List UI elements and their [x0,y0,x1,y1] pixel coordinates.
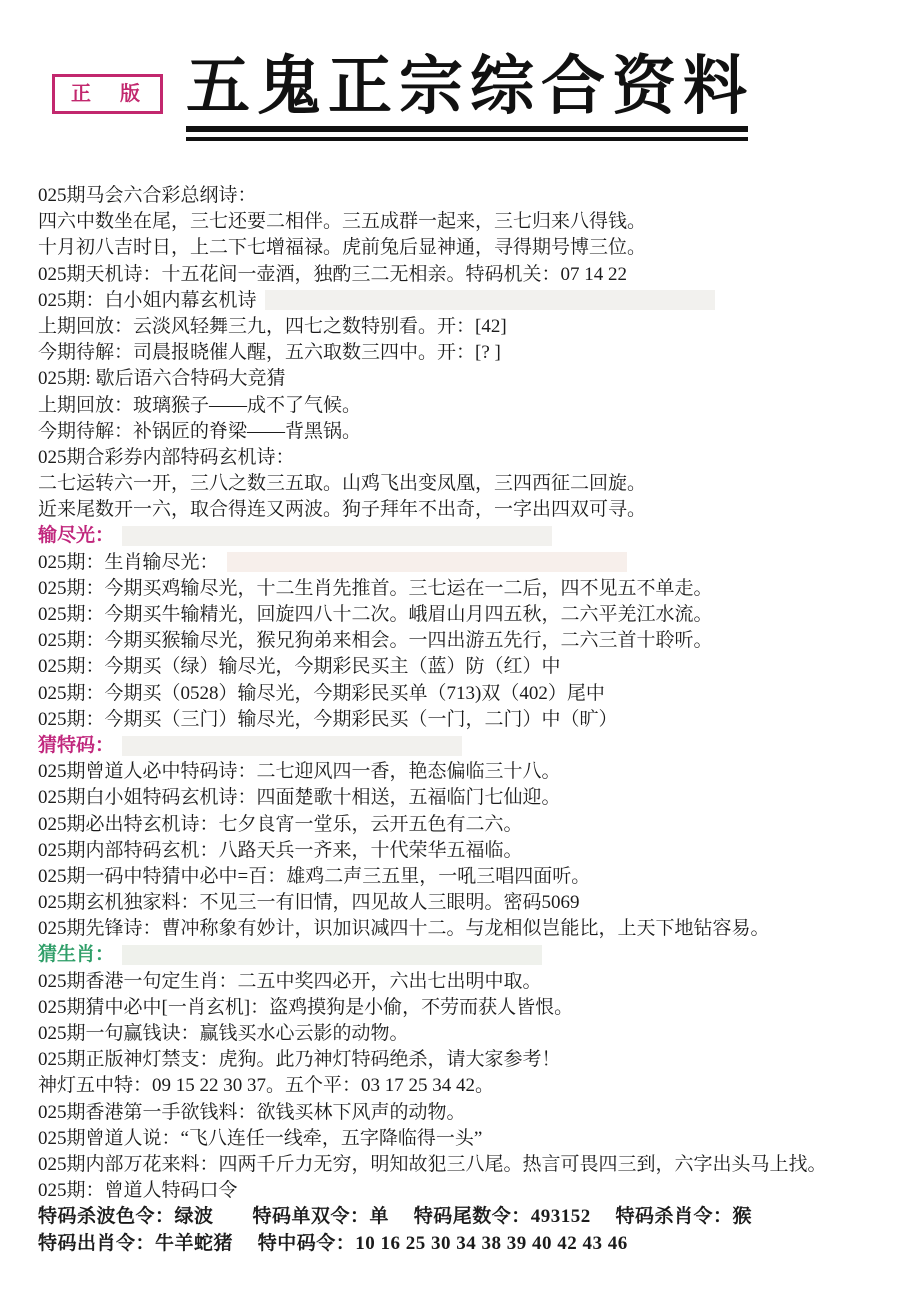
text-line-content: 025期白小姐特码玄机诗：四面楚歌十相送，五福临门七仙迎。 [38,787,561,808]
text-line-content: 神灯五中特：09 15 22 30 37。五个平：03 17 25 34 42。 [38,1075,494,1096]
title-block: 五鬼正宗综合资料 [186,52,748,141]
text-line: 025期：曾道人特码口令 [38,1178,878,1204]
text-line-content: 上期回放：玻璃猴子——成不了气候。 [38,395,361,416]
text-line: 猜特码： [38,733,878,759]
text-line-content: 025期：生肖输尽光： [38,552,219,573]
text-line: 025期：今期买牛输精光，回旋四八十二次。峨眉山月四五秋，二六平羌江水流。 [38,602,878,628]
page-title: 五鬼正宗综合资料 [186,52,748,122]
text-line: 025期：今期买鸡输尽光，十二生肖先推首。三七运在一二后，四不见五不单走。 [38,576,878,602]
document-header: 正 版 五鬼正宗综合资料 [0,0,900,182]
text-line-content: 十月初八吉时日，上二下七增福禄。虎前兔后显神通，寻得期号博三位。 [38,237,646,258]
text-line-content: 025期：今期买牛输精光，回旋四八十二次。峨眉山月四五秋，二六平羌江水流。 [38,604,713,625]
text-line-content: 025期合彩券内部特码玄机诗： [38,447,295,468]
text-line: 025期香港第一手欲钱料：欲钱买林下风声的动物。 [38,1100,878,1126]
text-line-content: 025期香港第一手欲钱料：欲钱买林下风声的动物。 [38,1102,466,1123]
text-line-content: 猜生肖： [38,944,114,965]
text-line: 025期曾道人必中特码诗：二七迎风四一香，艳态偏临三十八。 [38,759,878,785]
text-line: 今期待解：补锅匠的脊梁——背黑锅。 [38,419,878,445]
text-line: 猜生肖： [38,942,878,968]
text-line-content: 特码杀波色令：绿波 特码单双令：单 特码尾数令：493152 特码杀肖令：猴 [38,1206,752,1227]
text-line-content: 025期必出特玄机诗：七夕良宵一堂乐，云开五色有二六。 [38,814,523,835]
text-line-content: 025期香港一句定生肖：二五中奖四必开，六出七出明中取。 [38,971,542,992]
text-line-content: 近来尾数开一六，取合得连又两波。狗子拜年不出奇，一字出四双可寻。 [38,499,646,520]
text-line-content: 特码出肖令：牛羊蛇猪 特中码令：10 16 25 30 34 38 39 40 … [38,1233,628,1254]
text-line-content: 025期：今期买（三门）输尽光，今期彩民买（一门，二门）中（旷） [38,709,618,730]
text-line-content: 025期内部万花来料：四两千斤力无穷，明知故犯三八尾。热言可畏四三到，六字出头马… [38,1154,827,1175]
text-line-content: 025期正版神灯禁支：虎狗。此乃神灯特码绝杀，请大家参考！ [38,1049,561,1070]
text-line: 025期香港一句定生肖：二五中奖四必开，六出七出明中取。 [38,969,878,995]
text-line: 特码出肖令：牛羊蛇猪 特中码令：10 16 25 30 34 38 39 40 … [38,1231,878,1257]
text-line: 025期内部特码玄机：八路天兵一齐来，十代荣华五福临。 [38,838,878,864]
text-line-content: 025期一句赢钱诀：赢钱买水心云影的动物。 [38,1023,409,1044]
text-line: 输尽光： [38,523,878,549]
text-line-content: 025期：今期买（0528）输尽光，今期彩民买单（713)双（402）尾中 [38,683,605,704]
text-line-content: 四六中数坐在尾，三七还要二相伴。三五成群一起来，三七归来八得钱。 [38,211,646,232]
text-line-content: 025期天机诗：十五花间一壶酒，独酌三二无相亲。特码机关：07 14 22 [38,264,627,285]
text-line: 神灯五中特：09 15 22 30 37。五个平：03 17 25 34 42。 [38,1073,878,1099]
text-line-content: 今期待解：补锅匠的脊梁——背黑锅。 [38,421,361,442]
text-line: 025期: 歇后语六合特码大竞猜 [38,366,878,392]
text-line: 025期玄机独家料：不见三一有旧情，四见故人三眼明。密码5069 [38,890,878,916]
redacted-highlight-block [122,945,542,965]
text-line: 近来尾数开一六，取合得连又两波。狗子拜年不出奇，一字出四双可寻。 [38,497,878,523]
text-line: 025期：生肖输尽光： [38,550,878,576]
text-line-content: 输尽光： [38,525,114,546]
text-line-content: 二七运转六一开，三八之数三五取。山鸡飞出变凤凰，三四西征二回旋。 [38,473,646,494]
text-line: 特码杀波色令：绿波 特码单双令：单 特码尾数令：493152 特码杀肖令：猴 [38,1204,878,1230]
title-underline-thin [186,137,748,141]
text-line-content: 025期: 歇后语六合特码大竞猜 [38,368,286,389]
text-line: 025期天机诗：十五花间一壶酒，独酌三二无相亲。特码机关：07 14 22 [38,262,878,288]
text-line: 二七运转六一开，三八之数三五取。山鸡飞出变凤凰，三四西征二回旋。 [38,471,878,497]
text-line-content: 025期曾道人必中特码诗：二七迎风四一香，艳态偏临三十八。 [38,761,561,782]
text-line-content: 025期曾道人说：“飞八连任一线牵，五字降临得一头” [38,1128,482,1149]
authentic-badge: 正 版 [52,74,163,114]
text-line: 025期曾道人说：“飞八连任一线牵，五字降临得一头” [38,1126,878,1152]
text-line-content: 025期：今期买猴输尽光，猴兄狗弟来相会。一四出游五先行，二六三首十聆听。 [38,630,713,651]
text-line: 025期：白小姐内幕玄机诗 [38,288,878,314]
text-line: 025期一码中特猜中必中=百：雄鸡二声三五里，一吼三唱四面听。 [38,864,878,890]
text-line-content: 025期一码中特猜中必中=百：雄鸡二声三五里，一吼三唱四面听。 [38,866,590,887]
redacted-highlight-block [122,736,462,756]
text-line-content: 025期马会六合彩总纲诗： [38,185,257,206]
text-line-content: 025期内部特码玄机：八路天兵一齐来，十代荣华五福临。 [38,840,523,861]
text-line: 四六中数坐在尾，三七还要二相伴。三五成群一起来，三七归来八得钱。 [38,209,878,235]
text-line: 025期：今期买（0528）输尽光，今期彩民买单（713)双（402）尾中 [38,681,878,707]
text-line: 025期内部万花来料：四两千斤力无穷，明知故犯三八尾。热言可畏四三到，六字出头马… [38,1152,878,1178]
text-line-content: 025期：今期买鸡输尽光，十二生肖先推首。三七运在一二后，四不见五不单走。 [38,578,713,599]
text-line: 上期回放：云淡风轻舞三九，四七之数特别看。开：[42] [38,314,878,340]
text-line: 025期：今期买（三门）输尽光，今期彩民买（一门，二门）中（旷） [38,707,878,733]
text-line-content: 上期回放：云淡风轻舞三九，四七之数特别看。开：[42] [38,316,507,337]
title-underline-thick [186,126,748,132]
text-line: 025期必出特玄机诗：七夕良宵一堂乐，云开五色有二六。 [38,812,878,838]
text-line: 上期回放：玻璃猴子——成不了气候。 [38,393,878,419]
text-line-content: 025期：今期买（绿）输尽光，今期彩民买主（蓝）防（红）中 [38,656,561,677]
text-body: 025期马会六合彩总纲诗：四六中数坐在尾，三七还要二相伴。三五成群一起来，三七归… [38,183,878,1257]
text-line-content: 025期：白小姐内幕玄机诗 [38,290,257,311]
document-page: 正 版 五鬼正宗综合资料 025期马会六合彩总纲诗：四六中数坐在尾，三七还要二相… [0,0,900,1301]
text-line: 025期：今期买猴输尽光，猴兄狗弟来相会。一四出游五先行，二六三首十聆听。 [38,628,878,654]
text-line-content: 025期玄机独家料：不见三一有旧情，四见故人三眼明。密码5069 [38,892,580,913]
text-line: 025期：今期买（绿）输尽光，今期彩民买主（蓝）防（红）中 [38,654,878,680]
text-line: 025期白小姐特码玄机诗：四面楚歌十相送，五福临门七仙迎。 [38,785,878,811]
text-line: 今期待解：司晨报晓催人醒，五六取数三四中。开：[? ] [38,340,878,366]
redacted-highlight-block [122,526,552,546]
text-line-content: 025期：曾道人特码口令 [38,1180,238,1201]
text-line-content: 025期先锋诗：曹冲称象有妙计，识加识减四十二。与龙相似岂能比，上天下地钻容易。 [38,918,770,939]
text-line: 025期正版神灯禁支：虎狗。此乃神灯特码绝杀，请大家参考！ [38,1047,878,1073]
text-line-content: 今期待解：司晨报晓催人醒，五六取数三四中。开：[? ] [38,342,501,363]
text-line-content: 猜特码： [38,735,114,756]
redacted-highlight-block [265,290,715,310]
text-line: 025期猜中必中[一肖玄机]：盗鸡摸狗是小偷，不劳而获人皆恨。 [38,995,878,1021]
text-line: 十月初八吉时日，上二下七增福禄。虎前兔后显神通，寻得期号博三位。 [38,235,878,261]
text-line-content: 025期猜中必中[一肖玄机]：盗鸡摸狗是小偷，不劳而获人皆恨。 [38,997,573,1018]
text-line: 025期合彩券内部特码玄机诗： [38,445,878,471]
redacted-highlight-block [227,552,627,572]
text-line: 025期一句赢钱诀：赢钱买水心云影的动物。 [38,1021,878,1047]
text-line: 025期马会六合彩总纲诗： [38,183,878,209]
text-line: 025期先锋诗：曹冲称象有妙计，识加识减四十二。与龙相似岂能比，上天下地钻容易。 [38,916,878,942]
